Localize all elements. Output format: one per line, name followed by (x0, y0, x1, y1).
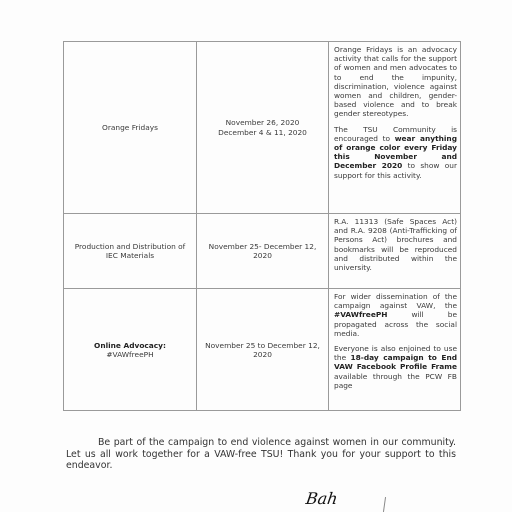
activity-cell: Production and Distribution of IEC Mater… (64, 214, 197, 288)
activity-name: Production and Distribution of IEC Mater… (70, 242, 190, 260)
description-text: Orange Fridays is an advocacy activity t… (334, 45, 457, 118)
description-cell: For wider dissemination of the campaign … (329, 289, 461, 411)
dates-cell: November 25 to December 12, 2020 (197, 289, 329, 411)
signature: Bah (305, 489, 339, 508)
dates-cell: November 25- December 12, 2020 (197, 214, 329, 288)
date-line: November 25- December 12, 2020 (203, 242, 322, 260)
signature-stroke (383, 497, 386, 512)
description-paragraph: Everyone is also enjoined to use the 18-… (334, 344, 457, 390)
description-text: available through the PCW FB page (334, 372, 457, 390)
description-cell: Orange Fridays is an advocacy activity t… (329, 42, 461, 213)
dates-cell: November 26, 2020 December 4 & 11, 2020 (197, 42, 329, 213)
table-row: Online Advocacy: #VAWfreePH November 25 … (64, 289, 460, 411)
closing-text: Be part of the campaign to end violence … (66, 437, 456, 471)
activity-cell: Orange Fridays (64, 42, 197, 213)
description-text: R.A. 11313 (Safe Spaces Act) and R.A. 92… (334, 217, 457, 272)
date-line: November 26, 2020 (226, 118, 300, 127)
description-paragraph: R.A. 11313 (Safe Spaces Act) and R.A. 92… (334, 217, 457, 272)
table-row: Orange Fridays November 26, 2020 Decembe… (64, 42, 460, 214)
table-row: Production and Distribution of IEC Mater… (64, 214, 460, 289)
description-cell: R.A. 11313 (Safe Spaces Act) and R.A. 92… (329, 214, 461, 288)
description-paragraph: Orange Fridays is an advocacy activity t… (334, 45, 457, 119)
emphasis-text: 18-day campaign to End VAW Facebook Prof… (334, 353, 457, 371)
activity-cell: Online Advocacy: #VAWfreePH (64, 289, 197, 411)
description-paragraph: For wider dissemination of the campaign … (334, 292, 457, 338)
activity-title: Online Advocacy: (94, 341, 166, 350)
activities-table: Orange Fridays November 26, 2020 Decembe… (63, 41, 461, 411)
activity-name: Orange Fridays (102, 123, 158, 132)
activity-name: #VAWfreePH (106, 350, 153, 359)
description-paragraph: The TSU Community is encouraged to wear … (334, 125, 457, 180)
description-text: For wider dissemination of the campaign … (334, 292, 457, 310)
emphasis-text: #VAWfreePH (334, 310, 387, 319)
closing-paragraph: Be part of the campaign to end violence … (66, 437, 456, 472)
date-line: December 4 & 11, 2020 (218, 128, 307, 137)
date-line: November 25 to December 12, 2020 (203, 341, 322, 359)
